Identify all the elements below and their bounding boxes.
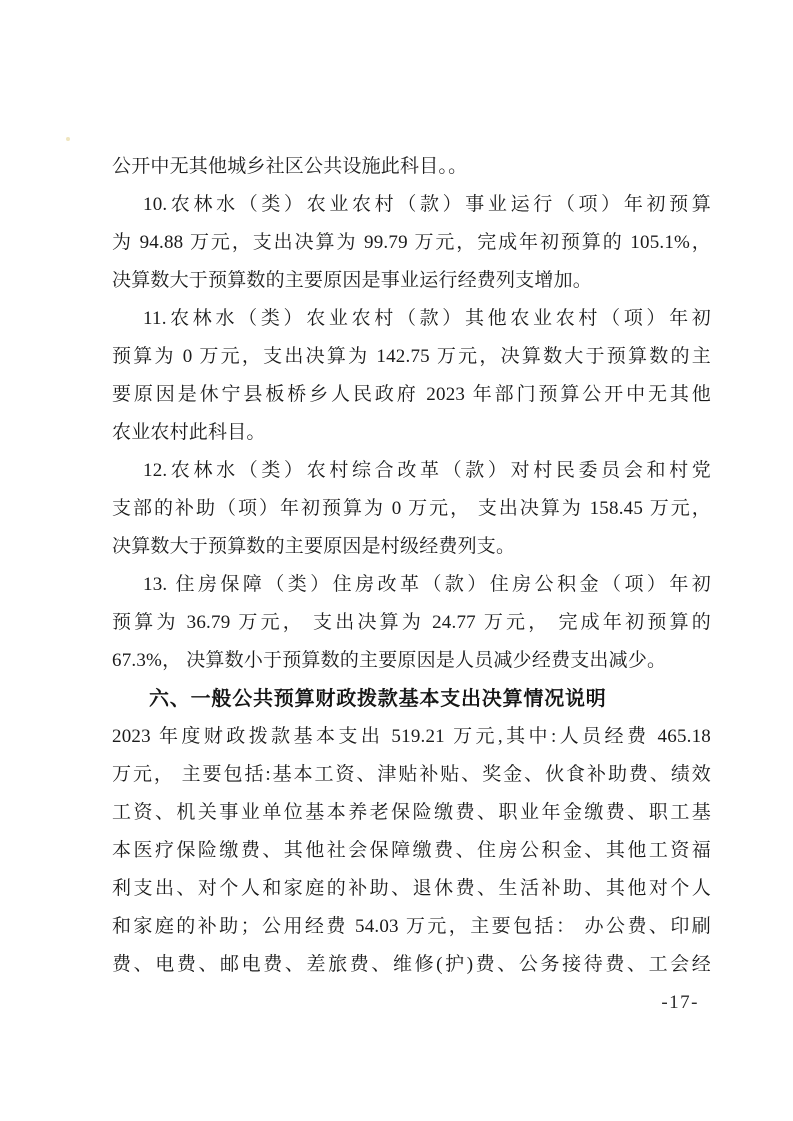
text-line: 工资、机关事业单位基本养老保险缴费、职业年金缴费、职工基 <box>112 794 711 832</box>
scanned-document-page: 公开中无其他城乡社区公共设施此科目。。10.农林水（类）农业农村（款）事业运行（… <box>0 0 793 1121</box>
scan-speck-artifact <box>66 137 70 141</box>
text-line: 67.3%， 决算数小于预算数的主要原因是人员减少经费支出减少。 <box>112 642 711 680</box>
text-line: 利支出、对个人和家庭的补助、退休费、生活补助、其他对个人 <box>112 870 711 908</box>
text-line: 预算为 36.79 万元， 支出决算为 24.77 万元， 完成年初预算的 <box>112 604 711 642</box>
text-line: 预算为 0 万元，支出决算为 142.75 万元，决算数大于预算数的主 <box>112 338 711 376</box>
text-line: 本医疗保险缴费、其他社会保障缴费、住房公积金、其他工资福 <box>112 832 711 870</box>
text-line: 农业农村此科目。 <box>112 414 711 452</box>
text-line: 要原因是休宁县板桥乡人民政府 2023 年部门预算公开中无其他 <box>112 376 711 414</box>
text-line: 12.农林水（类）农村综合改革（款）对村民委员会和村党 <box>112 452 711 490</box>
text-line: 2023 年度财政拨款基本支出 519.21 万元,其中:人员经费 465.18 <box>112 718 711 756</box>
text-line: 支部的补助（项）年初预算为 0 万元， 支出决算为 158.45 万元， <box>112 490 711 528</box>
heading-section-six: 六、一般公共预算财政拨款基本支出决算情况说明 <box>112 680 711 718</box>
text-line: 费、电费、邮电费、差旅费、维修(护)费、公务接待费、工会经 <box>112 946 711 984</box>
text-line: 六、一般公共预算财政拨款基本支出决算情况说明 <box>112 680 711 718</box>
document-text-block: 公开中无其他城乡社区公共设施此科目。。10.农林水（类）农业农村（款）事业运行（… <box>112 148 711 984</box>
text-line: 11.农林水（类）农业农村（款）其他农业农村（项）年初 <box>112 300 711 338</box>
para-item-11: 11.农林水（类）农业农村（款）其他农业农村（项）年初预算为 0 万元，支出决算… <box>112 300 711 452</box>
text-line: 决算数大于预算数的主要原因是事业运行经费列支增加。 <box>112 262 711 300</box>
text-line: 公开中无其他城乡社区公共设施此科目。。 <box>112 148 711 186</box>
para-item-13: 13. 住房保障（类）住房改革（款）住房公积金（项）年初预算为 36.79 万元… <box>112 566 711 680</box>
text-line: 万元， 主要包括:基本工资、津贴补贴、奖金、伙食补助费、绩效 <box>112 756 711 794</box>
para-section-six-body: 2023 年度财政拨款基本支出 519.21 万元,其中:人员经费 465.18… <box>112 718 711 984</box>
para-item-9-continuation: 公开中无其他城乡社区公共设施此科目。。 <box>112 148 711 186</box>
para-item-12: 12.农林水（类）农村综合改革（款）对村民委员会和村党支部的补助（项）年初预算为… <box>112 452 711 566</box>
text-line: 10.农林水（类）农业农村（款）事业运行（项）年初预算 <box>112 186 711 224</box>
para-item-10: 10.农林水（类）农业农村（款）事业运行（项）年初预算为 94.88 万元，支出… <box>112 186 711 300</box>
text-line: 决算数大于预算数的主要原因是村级经费列支。 <box>112 528 711 566</box>
text-line: 和家庭的补助；公用经费 54.03 万元，主要包括： 办公费、印刷 <box>112 908 711 946</box>
page-number: -17- <box>661 992 699 1014</box>
text-line: 为 94.88 万元，支出决算为 99.79 万元，完成年初预算的 105.1%… <box>112 224 711 262</box>
text-line: 13. 住房保障（类）住房改革（款）住房公积金（项）年初 <box>112 566 711 604</box>
